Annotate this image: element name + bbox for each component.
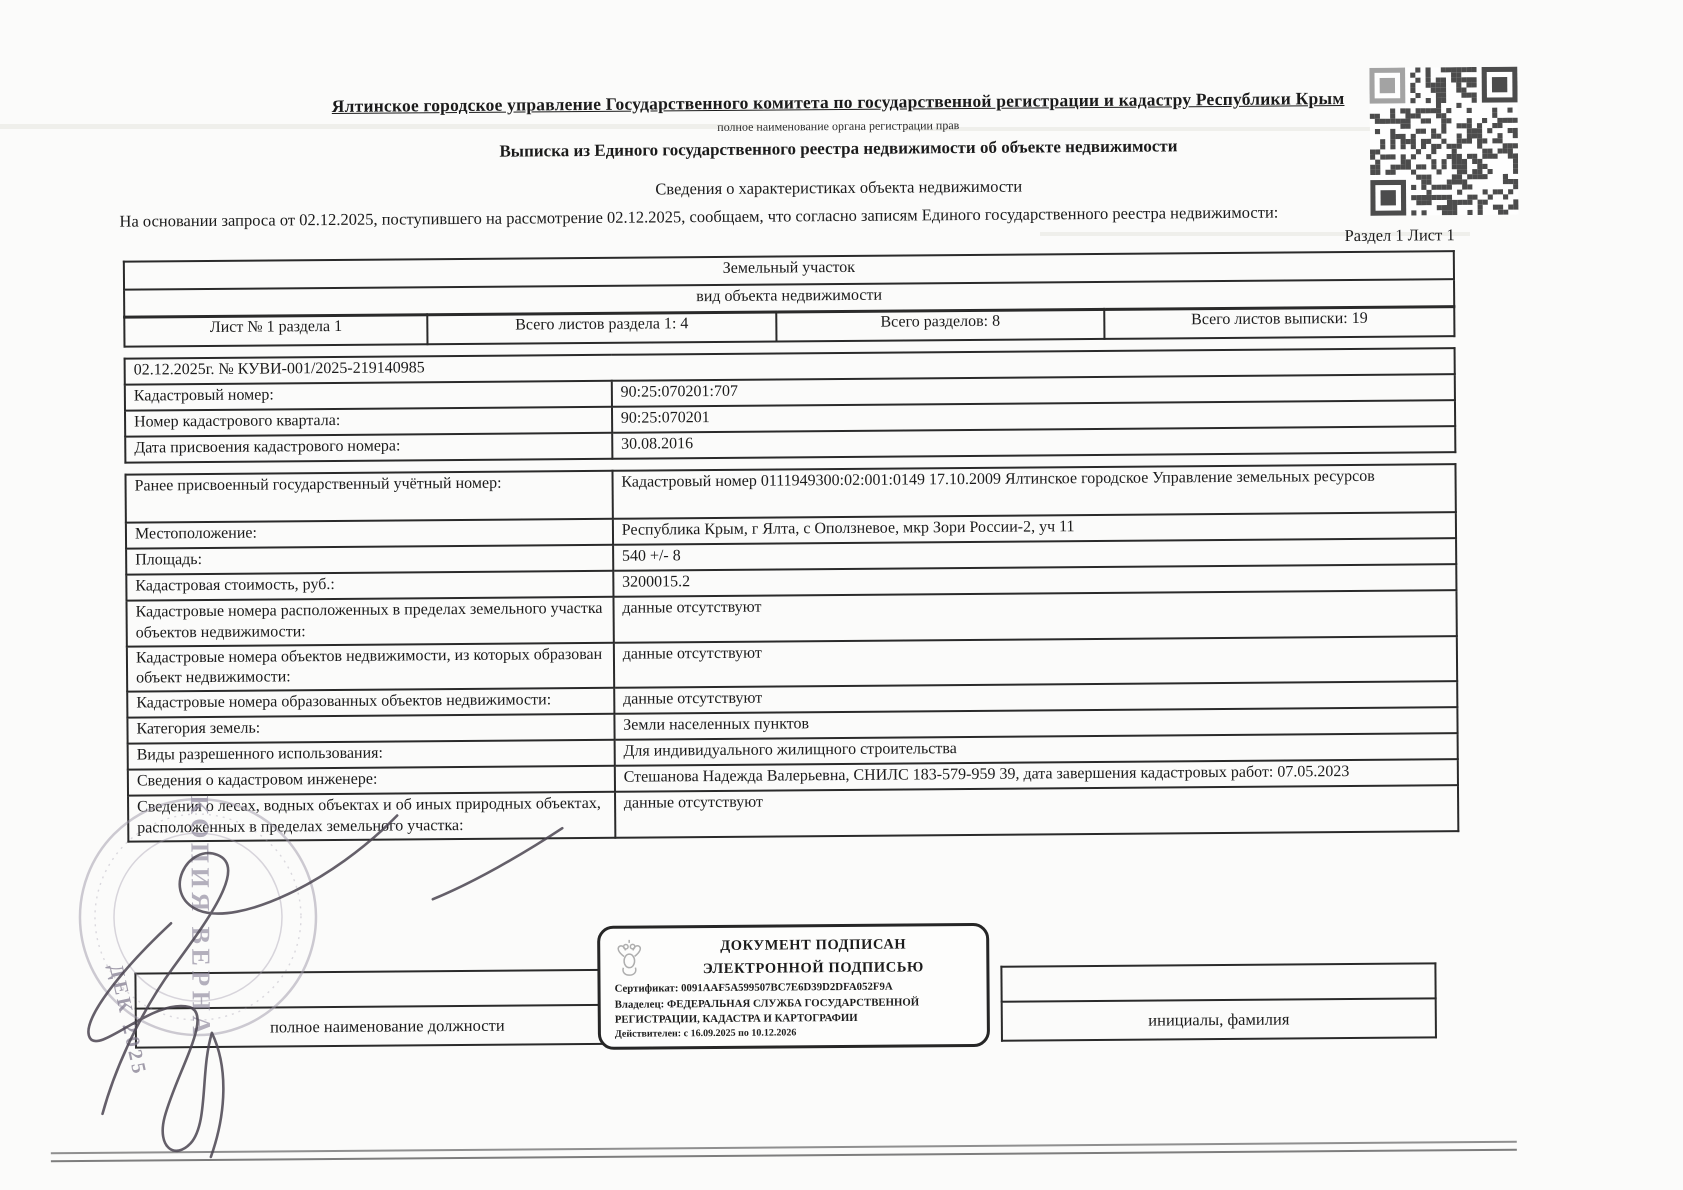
table-row: инициалы, фамилия	[1002, 998, 1436, 1040]
objects-within-label: Кадастровые номера расположенных в преде…	[126, 597, 613, 646]
location-label: Местоположение:	[126, 519, 613, 549]
quarter-number-label: Номер кадастрового квартала:	[125, 407, 612, 437]
esign-owner: Владелец: ФЕДЕРАЛЬНАЯ СЛУЖБА ГОСУДАРСТВЕ…	[615, 995, 973, 1028]
scanned-sheet: Ялтинское городское управление Государст…	[0, 0, 1683, 1190]
source-objects-label: Кадастровые номера объектов недвижимости…	[127, 642, 614, 691]
object-details-table: Ранее присвоенный государственный учётны…	[124, 463, 1459, 842]
forests-water-label: Сведения о лесах, водных объектах и об и…	[128, 792, 615, 841]
objects-within-value: данные отсутствуют	[613, 590, 1457, 642]
sections-total-cell: Всего разделов: 8	[776, 309, 1105, 342]
area-label: Площадь:	[126, 545, 613, 575]
name-signature-table: инициалы, фамилия	[1000, 962, 1437, 1041]
signature-line-cell	[1001, 963, 1435, 1001]
page-footer-rule	[51, 1141, 1517, 1163]
table-row: Сведения о лесах, водных объектах и об и…	[128, 785, 1458, 841]
cadastral-number-label: Кадастровый номер:	[125, 381, 612, 411]
esign-stamp: ДОКУМЕНТ ПОДПИСАН ЭЛЕКТРОННОЙ ПОДПИСЬЮ С…	[597, 923, 990, 1050]
land-category-label: Категория земель:	[127, 714, 614, 744]
qr-code-icon	[1369, 67, 1518, 216]
position-caption: полное наименование должности	[136, 1005, 639, 1048]
sheet-number-cell: Лист № 1 раздела 1	[124, 314, 427, 346]
initials-caption: инициалы, фамилия	[1002, 998, 1436, 1040]
permitted-use-label: Виды разрешенного использования:	[128, 740, 615, 770]
cadastral-value-label: Кадастровая стоимость, руб.:	[126, 571, 613, 601]
table-row: полное наименование должности	[136, 1005, 639, 1048]
source-objects-value: данные отсутствуют	[614, 636, 1458, 688]
forests-water-value: данные отсутствуют	[615, 785, 1459, 837]
esign-validity: Действителен: с 16.09.2025 по 10.12.2026	[615, 1025, 973, 1042]
table-row	[135, 970, 638, 1009]
coat-of-arms-icon	[614, 938, 646, 980]
document-page: Ялтинское городское управление Государст…	[0, 0, 1683, 1190]
position-signature-table: полное наименование должности	[134, 969, 640, 1049]
previous-number-value: Кадастровый номер 0111949300:02:001:0149…	[612, 464, 1456, 519]
formed-objects-label: Кадастровые номера образованных объектов…	[127, 688, 614, 718]
esign-title-line1: ДОКУМЕНТ ПОДПИСАН	[654, 933, 972, 959]
signature-line-cell	[135, 970, 638, 1009]
cadastral-engineer-label: Сведения о кадастровом инженере:	[128, 766, 615, 796]
request-info-table: 02.12.2025г. № КУВИ-001/2025-219140985 К…	[124, 347, 1457, 463]
table-row	[1001, 963, 1435, 1001]
assignment-date-label: Дата присвоения кадастрового номера:	[125, 433, 612, 463]
section-sheets-total-cell: Всего листов раздела 1: 4	[427, 312, 776, 345]
assignment-date-value: 30.08.2016	[612, 426, 1455, 459]
extract-sheets-total-cell: Всего листов выписки: 19	[1104, 306, 1454, 339]
previous-number-label: Ранее присвоенный государственный учётны…	[125, 471, 612, 523]
esign-title-line2: ЭЛЕКТРОННОЙ ПОДПИСЬЮ	[654, 956, 972, 982]
